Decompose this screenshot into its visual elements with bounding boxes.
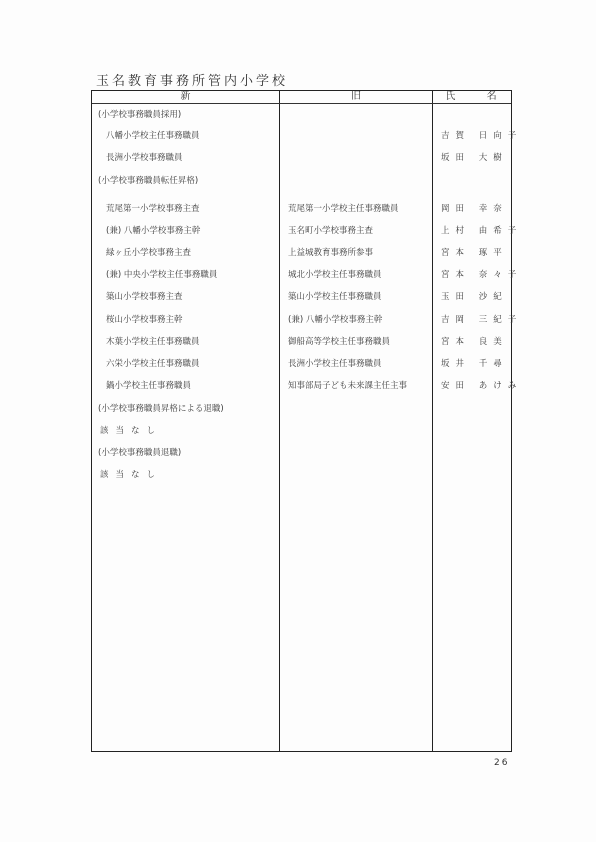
new-position: 木葉小学校主任事務職員 [106,335,200,347]
header-divider [92,103,511,104]
old-position: 上益城教育事務所参事 [288,246,373,258]
person-name: 吉賀 日向子 [441,129,522,141]
old-position: 荒尾第一小学校主任事務職員 [288,202,399,214]
person-name: 岡田 幸奈 [441,202,508,214]
person-name: 玉田 沙紀 [441,290,508,302]
new-position: 該当なし [100,468,162,480]
header-name: 氏 名 [433,91,513,103]
header-new: 新 [92,91,279,103]
new-position: (兼) 中央小学校主任事務職員 [106,268,217,280]
new-position: (兼) 八幡小学校事務主幹 [106,224,200,236]
person-name: 宮本 奈々子 [441,268,522,280]
new-position: 該当なし [100,424,162,436]
person-name: 吉岡 三紀子 [441,313,522,325]
new-position: 緑ヶ丘小学校事務主査 [106,246,191,258]
person-name: 上村 由希子 [441,224,522,236]
person-name: 宮本 良美 [441,335,508,347]
header-old: 旧 [280,91,432,103]
old-position: 城北小学校主任事務職員 [288,268,382,280]
section-heading: (小学校事務職員転任昇格) [98,174,198,186]
personnel-table: 新 旧 氏 名 (小学校事務職員採用)八幡小学校主任事務職員吉賀 日向子長洲小学… [91,90,512,752]
new-position: 八幡小学校主任事務職員 [106,129,200,141]
column-divider [279,91,280,751]
person-name: 宮本 琢平 [441,246,508,258]
old-position: 玉名町小学校事務主査 [288,224,373,236]
new-position: 鍋小学校主任事務職員 [106,379,191,391]
new-position: 築山小学校事務主査 [106,290,183,302]
section-heading: (小学校事務職員採用) [98,108,181,120]
old-position: 御船高等学校主任事務職員 [288,335,390,347]
page-number: 26 [494,758,509,768]
new-position: 六栄小学校主任事務職員 [106,357,200,369]
person-name: 安田 あけみ [441,379,522,391]
old-position: 築山小学校主任事務職員 [288,290,382,302]
document-title: 玉名教育事務所管内小学校 [96,70,288,89]
old-position: 知事部局子ども未来課主任主事 [288,379,407,391]
column-divider [432,91,433,751]
old-position: (兼) 八幡小学校事務主幹 [288,313,382,325]
person-name: 坂井 千尋 [441,357,508,369]
section-heading: (小学校事務職員昇格による退職) [98,402,224,414]
section-heading: (小学校事務職員退職) [98,446,181,458]
old-position: 長洲小学校主任事務職員 [288,357,382,369]
new-position: 桜山小学校事務主幹 [106,313,183,325]
person-name: 坂田 大樹 [441,151,508,163]
new-position: 長洲小学校事務職員 [106,151,183,163]
new-position: 荒尾第一小学校事務主査 [106,202,200,214]
